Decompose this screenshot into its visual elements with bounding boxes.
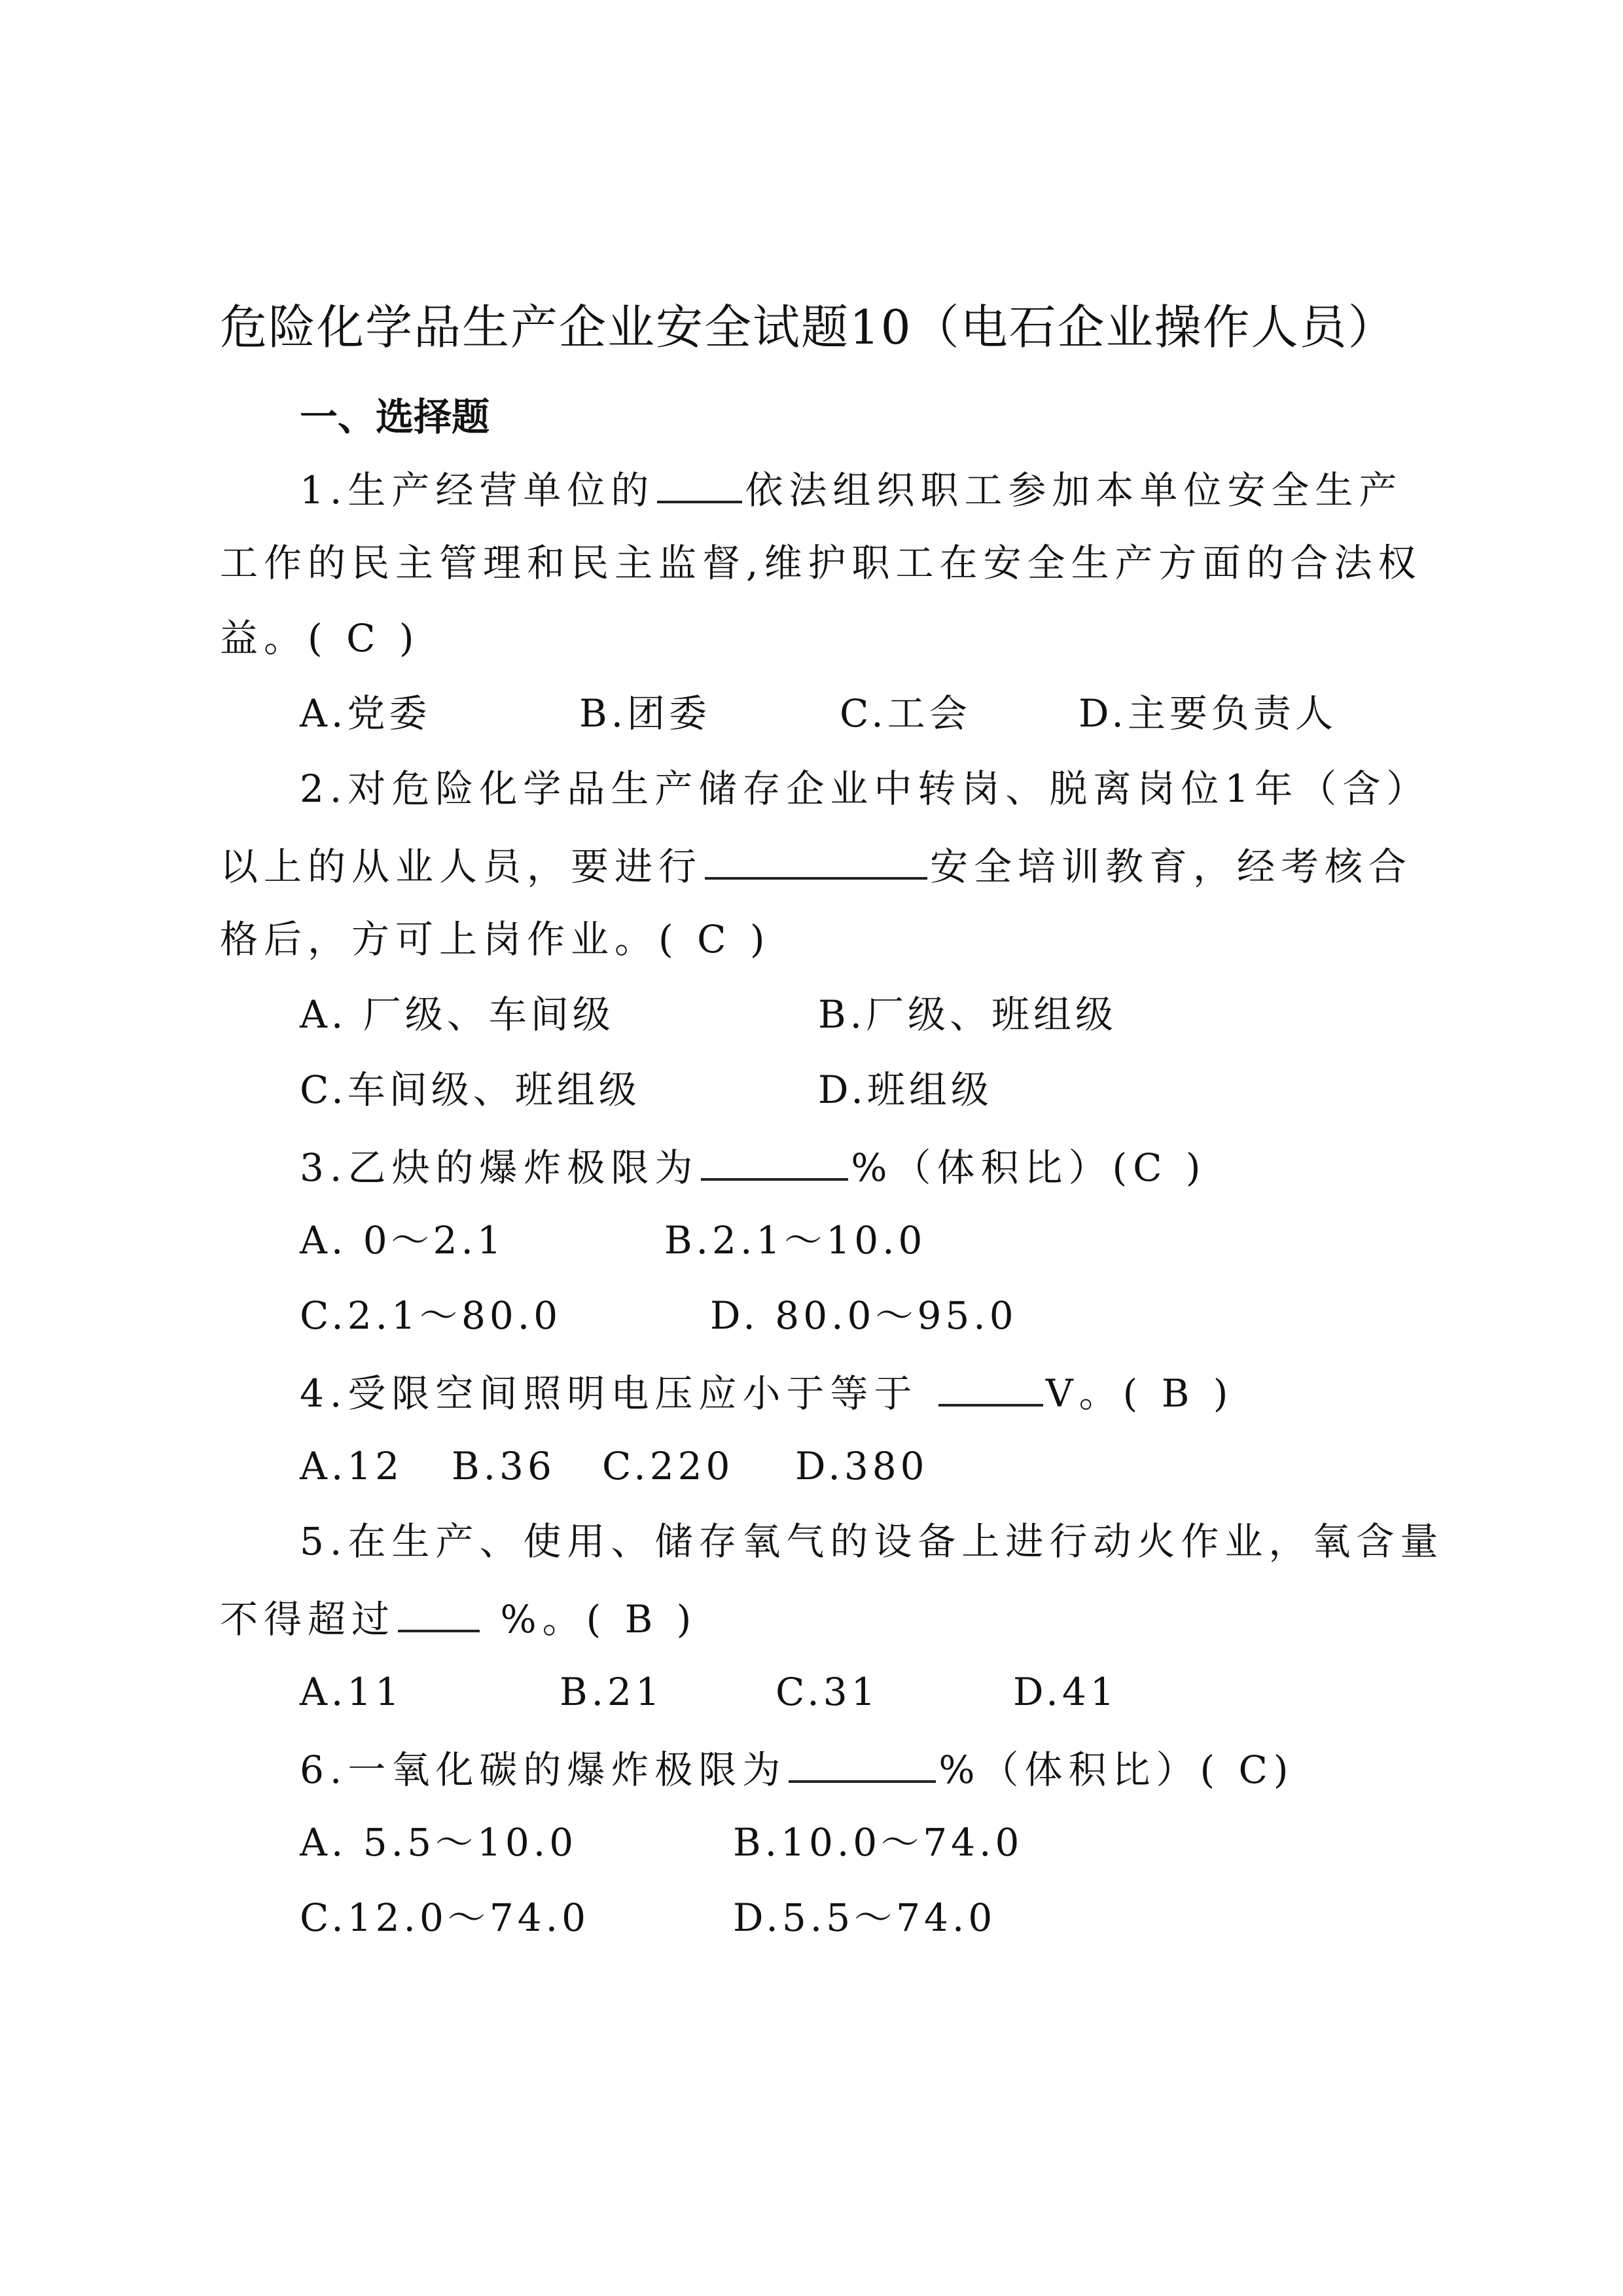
question-5-line-2: 不得超过 %。( B ) <box>220 1590 697 1645</box>
q5-option-d: D.41 <box>1013 1666 1118 1718</box>
q4-option-d: D.380 <box>795 1440 929 1492</box>
document-page: 危险化学品生产企业安全试题10（电石企业操作人员） 一、选择题 1.生产经营单位… <box>0 0 1623 2296</box>
answer-blank <box>789 1741 936 1783</box>
question-1-line-2: 工作的民主管理和民主监督,维护职工在安全生产方面的合法权 <box>220 537 1421 589</box>
q4-option-b: B.36 <box>452 1440 556 1492</box>
q2-option-b: B.厂级、班组级 <box>818 988 1117 1041</box>
q4-option-a: A.12 <box>300 1440 403 1492</box>
answer-blank <box>701 1139 848 1181</box>
question-text: 4.受限空间照明电压应小于等于 <box>300 1371 936 1416</box>
question-text: %（体积比）(C ) <box>851 1145 1206 1190</box>
question-1-line-1: 1.生产经营单位的依法组织职工参加本单位安全生产 <box>300 461 1402 516</box>
question-text: V。( B ) <box>1046 1371 1234 1416</box>
answer-blank <box>657 461 742 503</box>
q1-option-c: C.工会 <box>840 687 971 740</box>
q3-option-b: B.2.1～10.0 <box>664 1214 926 1266</box>
question-text: 不得超过 <box>220 1597 395 1641</box>
q6-option-d: D.5.5～74.0 <box>733 1892 996 1944</box>
question-text: 以上的从业人员，要进行 <box>220 844 702 889</box>
q6-option-b: B.10.0～74.0 <box>733 1816 1023 1869</box>
question-5-line-1: 5.在生产、使用、储存氧气的设备上进行动火作业，氧含量 <box>300 1515 1444 1568</box>
q1-option-b: B.团委 <box>579 687 711 740</box>
document-title: 危险化学品生产企业安全试题10（电石企业操作人员） <box>220 295 1397 360</box>
q3-option-c: C.2.1～80.0 <box>300 1289 562 1342</box>
answer-blank <box>705 838 927 880</box>
question-2-line-3: 格后，方可上岗作业。( C ) <box>220 913 771 965</box>
q5-option-a: A.11 <box>300 1666 403 1718</box>
question-text: 依法组织职工参加本单位安全生产 <box>745 468 1402 512</box>
q6-option-a: A. 5.5～10.0 <box>300 1816 577 1869</box>
question-text: 1.生产经营单位的 <box>300 468 654 512</box>
question-6-line-1: 6.一氧化碳的爆炸极限为%（体积比）( C) <box>300 1741 1294 1796</box>
question-4-line-1: 4.受限空间照明电压应小于等于 V。( B ) <box>300 1365 1234 1420</box>
section-heading: 一、选择题 <box>300 386 490 441</box>
q3-option-a: A. 0～2.1 <box>300 1214 505 1266</box>
q2-option-a: A. 厂级、车间级 <box>300 988 615 1041</box>
question-2-line-2: 以上的从业人员，要进行安全培训教育，经考核合 <box>220 838 1412 893</box>
question-1-line-3: 益。( C ) <box>220 612 420 664</box>
question-text: %。( B ) <box>482 1597 697 1641</box>
answer-blank <box>938 1365 1043 1407</box>
q2-option-c: C.车间级、班组级 <box>300 1064 641 1116</box>
question-2-line-1: 2.对危险化学品生产储存企业中转岗、脱离岗位1年（含） <box>300 762 1430 815</box>
q5-option-b: B.21 <box>560 1666 664 1718</box>
q2-option-d: D.班组级 <box>818 1064 993 1116</box>
question-3-line-1: 3.乙炔的爆炸极限为%（体积比）(C ) <box>300 1139 1207 1194</box>
q5-option-c: C.31 <box>776 1666 880 1718</box>
q1-option-a: A.党委 <box>300 687 431 740</box>
question-text: 安全培训教育，经考核合 <box>930 844 1412 889</box>
q3-option-d: D. 80.0～95.0 <box>710 1289 1018 1342</box>
answer-blank <box>398 1590 480 1632</box>
question-text: 6.一氧化碳的爆炸极限为 <box>300 1748 786 1792</box>
q1-option-d: D.主要负责人 <box>1079 687 1337 740</box>
question-text: 3.乙炔的爆炸极限为 <box>300 1145 698 1190</box>
q6-option-c: C.12.0～74.0 <box>300 1892 590 1944</box>
question-text: %（体积比）( C) <box>938 1748 1294 1792</box>
q4-option-c: C.220 <box>602 1440 734 1492</box>
